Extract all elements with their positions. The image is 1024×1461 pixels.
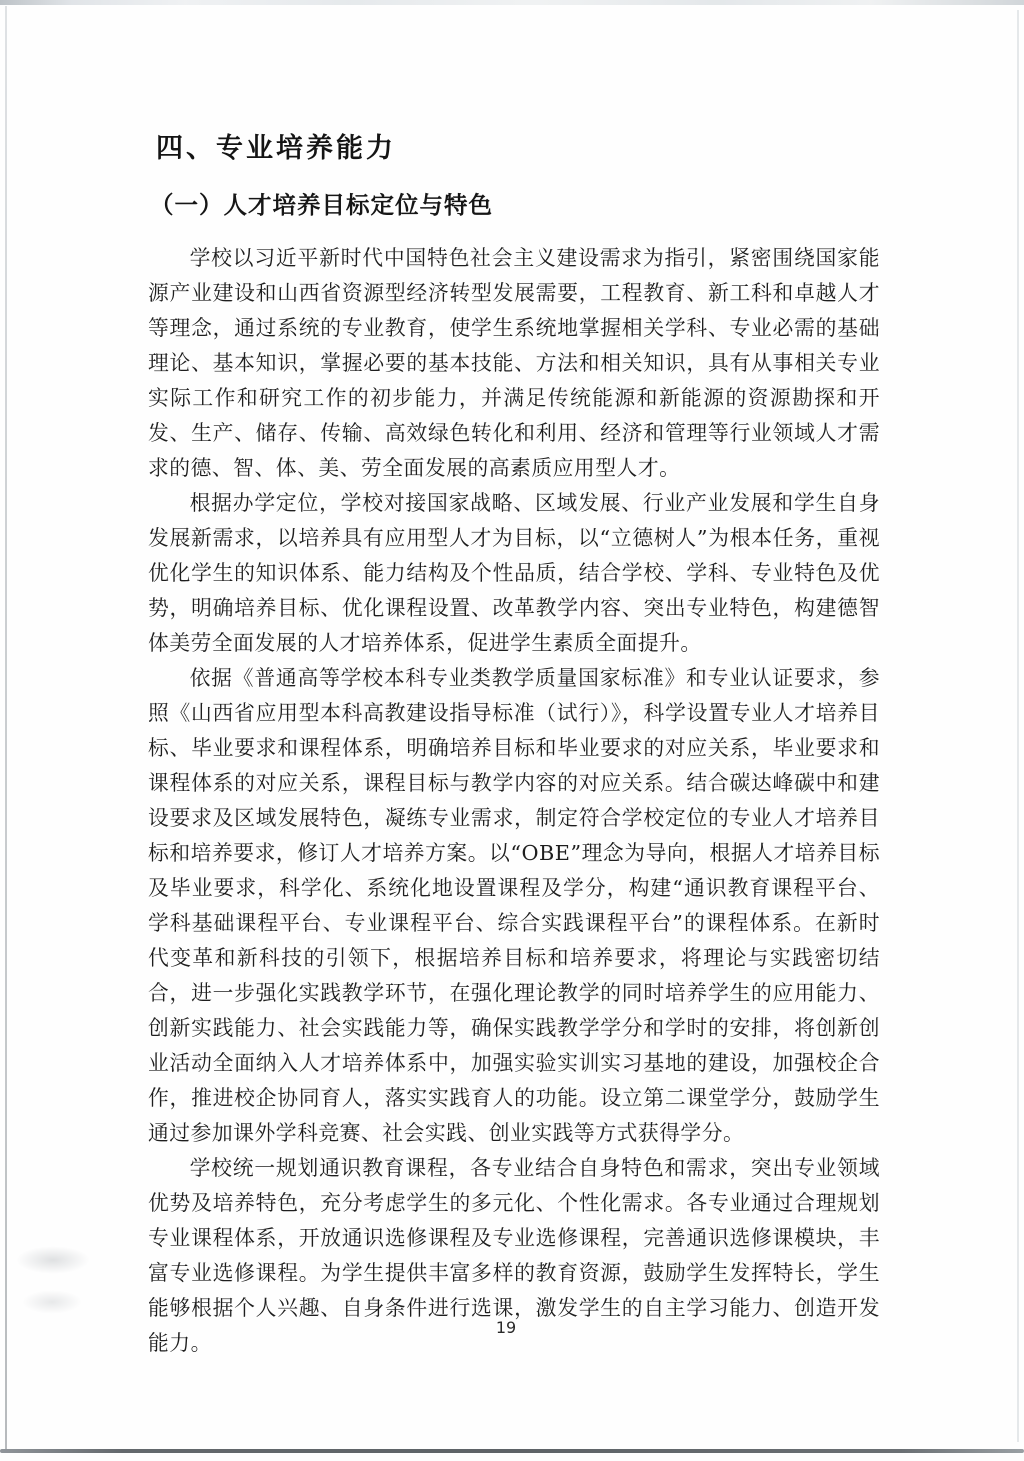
paragraph: 根据办学定位，学校对接国家战略、区域发展、行业产业发展和学生自身发展新需求，以培… [148,486,880,661]
document-content: 四、专业培养能力 （一）人才培养目标定位与特色 学校以习近平新时代中国特色社会主… [148,0,880,1361]
scanned-document-page: 四、专业培养能力 （一）人才培养目标定位与特色 学校以习近平新时代中国特色社会主… [0,0,1024,1461]
scan-smudge [16,1246,90,1274]
page-number: 19 [0,1318,1012,1337]
subsection-heading: （一）人才培养目标定位与特色 [150,190,880,220]
scan-edge-bottom [0,1449,1024,1453]
scan-edge-left [5,6,7,1449]
section-heading: 四、专业培养能力 [156,132,880,166]
paragraph: 依据《普通高等学校本科专业类教学质量国家标准》和专业认证要求，参照《山西省应用型… [148,661,880,1151]
scan-edge-right [1017,10,1019,1442]
body-text: 学校以习近平新时代中国特色社会主义建设需求为指引，紧密围绕国家能源产业建设和山西… [148,241,880,1361]
paragraph: 学校以习近平新时代中国特色社会主义建设需求为指引，紧密围绕国家能源产业建设和山西… [148,241,880,486]
scan-smudge [22,1290,82,1314]
